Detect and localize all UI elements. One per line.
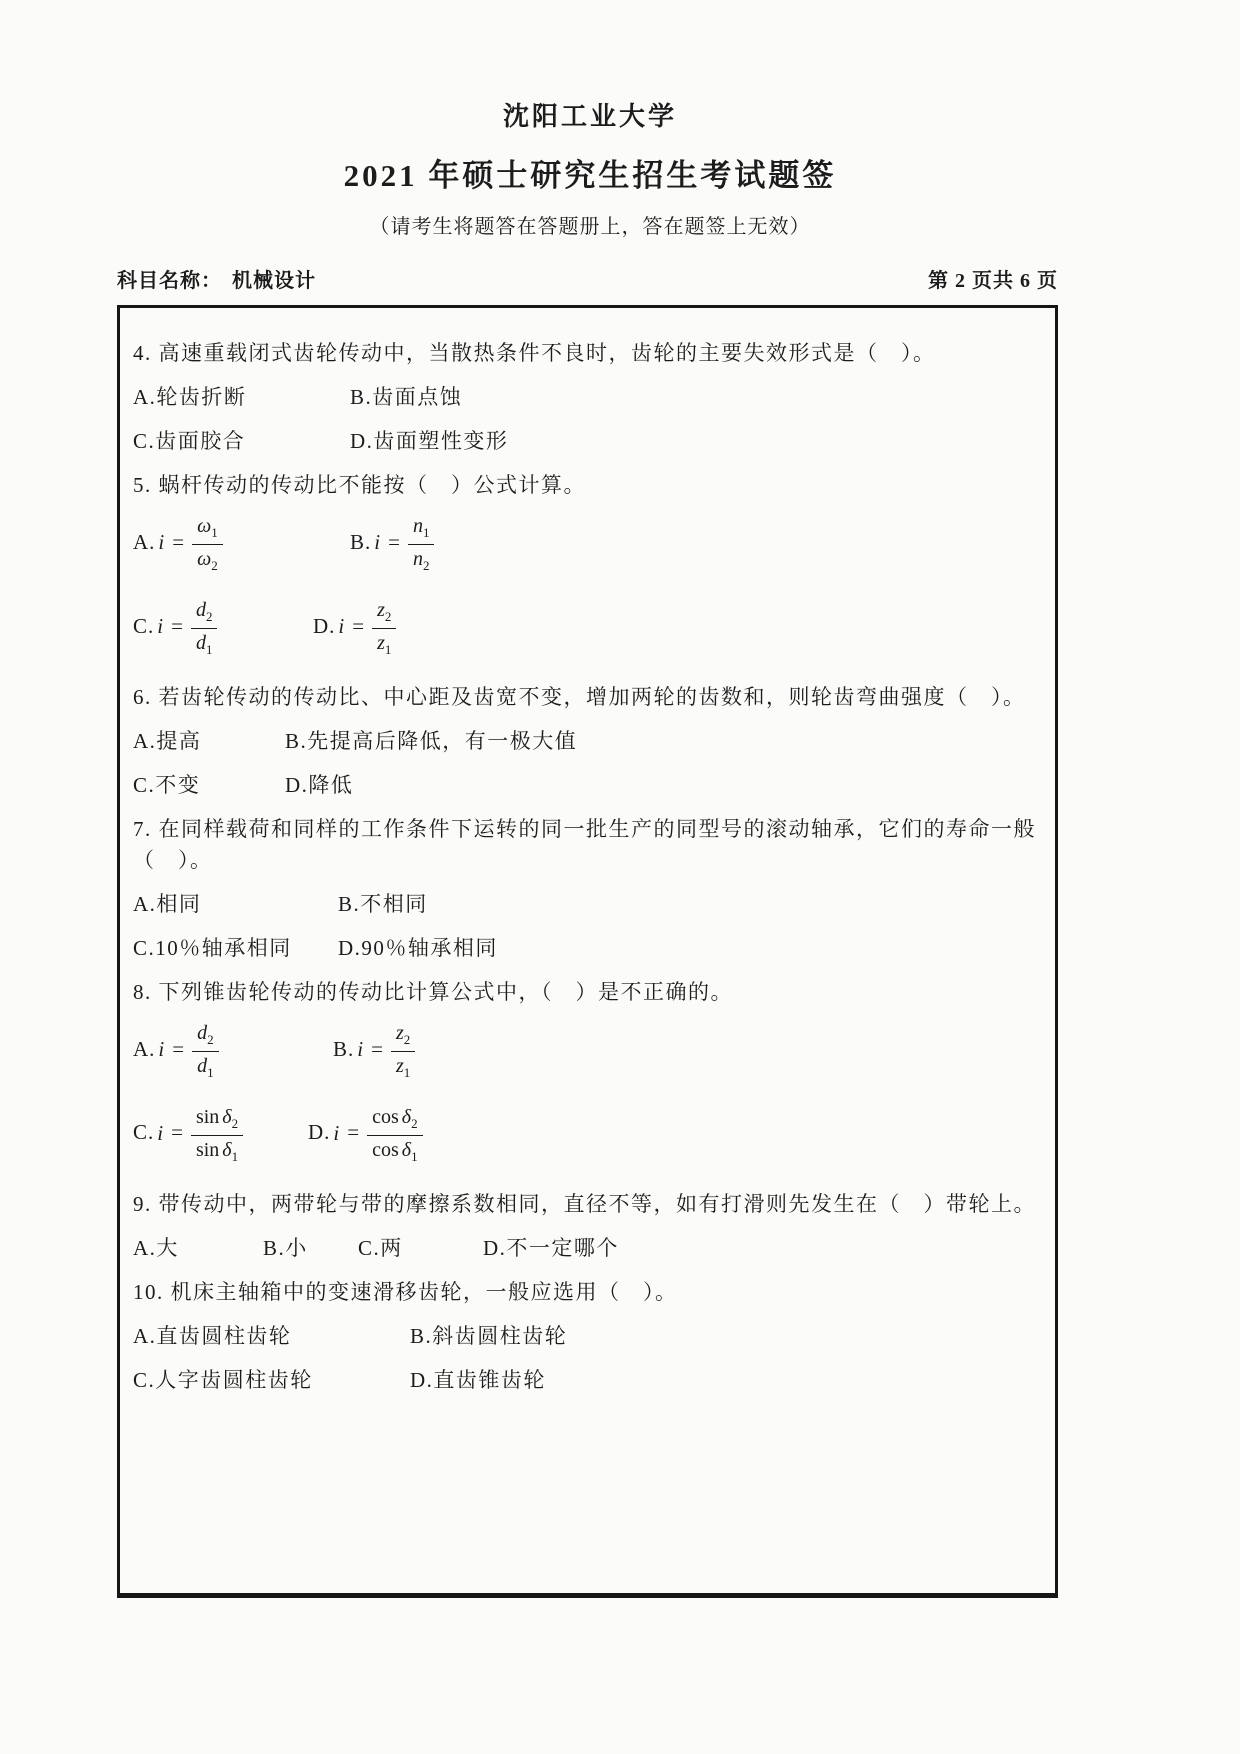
q5-option-c: C.i=d2d1	[133, 598, 313, 658]
subscript: 1	[423, 525, 430, 540]
subject-label: 科目名称：	[117, 270, 222, 292]
q4-option-a: A.轮齿折断	[133, 382, 350, 412]
q8-option-b: B.i=z2z1	[333, 1021, 415, 1081]
equals-sign: =	[388, 530, 401, 554]
q5-option-b: B.i=n1n2	[350, 514, 434, 574]
fraction: d2d1	[191, 598, 218, 658]
q7-options-row-2: C.10％轴承相同 D.90％轴承相同	[133, 933, 1039, 963]
subject-value: 机械设计	[232, 270, 316, 292]
question-4: 4. 高速重载闭式齿轮传动中，当散热条件不良时，齿轮的主要失效形式是（ ）。 A…	[133, 338, 1039, 456]
fraction-numerator: n1	[408, 514, 435, 545]
subscript: 1	[206, 642, 213, 657]
equals-sign: =	[172, 530, 185, 554]
subscript: 1	[411, 1149, 418, 1164]
equals-sign: =	[347, 1120, 360, 1144]
math-var: z	[396, 1022, 404, 1044]
math-var: z	[377, 599, 385, 621]
q5-stem: 5. 蜗杆传动的传动比不能按（ ）公式计算。	[133, 470, 1039, 501]
q8-option-d: D.i=cosδ2cosδ1	[308, 1105, 423, 1165]
q8-options-row-1: A.i=d2d1 B.i=z2z1	[133, 1021, 1039, 1081]
math-var: i	[158, 1037, 165, 1061]
subscript: 2	[404, 1032, 411, 1047]
subscript: 2	[411, 1116, 418, 1131]
equals-sign: =	[171, 614, 184, 638]
math-var: ω	[197, 515, 211, 537]
q4-option-d: D.齿面塑性变形	[350, 426, 508, 456]
fraction-numerator: d2	[192, 1021, 219, 1052]
fraction-denominator: d1	[191, 629, 218, 658]
fraction-numerator: z2	[372, 598, 396, 629]
option-label: A.	[133, 1037, 155, 1061]
fraction: cosδ2cosδ1	[367, 1105, 422, 1165]
math-var: i	[333, 1120, 340, 1144]
math-var: z	[396, 1055, 404, 1077]
math-var: δ	[222, 1106, 231, 1128]
q10-option-a: A.直齿圆柱齿轮	[133, 1321, 410, 1351]
fraction: z2z1	[372, 598, 396, 658]
equals-sign: =	[352, 614, 365, 638]
fraction: z2z1	[391, 1021, 415, 1081]
option-label: B.	[350, 530, 371, 554]
fraction: sinδ2sinδ1	[191, 1105, 243, 1165]
page-indicator: 第 2 页共 6 页	[928, 264, 1058, 293]
math-var: i	[374, 530, 381, 554]
q9-option-a: A.大	[133, 1233, 263, 1263]
q8-option-a: A.i=d2d1	[133, 1021, 333, 1081]
option-label: C.	[133, 1120, 154, 1144]
q7-option-b: B.不相同	[338, 889, 428, 919]
q5-options-row-1: A.i=ω1ω2 B.i=n1n2	[133, 514, 1039, 574]
subscript: 1	[232, 1149, 239, 1164]
q7-option-a: A.相同	[133, 889, 338, 919]
q10-option-d: D.直齿锥齿轮	[410, 1365, 546, 1395]
university-name: 沈阳工业大学	[0, 96, 1180, 133]
subscript: 1	[385, 642, 392, 657]
math-var: i	[357, 1037, 364, 1061]
subscript: 1	[404, 1065, 411, 1080]
subscript: 1	[211, 525, 218, 540]
math-var: z	[377, 632, 385, 654]
option-label: B.	[333, 1037, 354, 1061]
option-label: D.	[308, 1120, 330, 1144]
option-label: A.	[133, 530, 155, 554]
q9-option-b: B.小	[263, 1233, 358, 1263]
q6-option-d: D.降低	[285, 770, 353, 800]
questions-box: 4. 高速重载闭式齿轮传动中，当散热条件不良时，齿轮的主要失效形式是（ ）。 A…	[117, 305, 1058, 1598]
math-var: i	[338, 614, 345, 638]
q7-option-c: C.10％轴承相同	[133, 933, 338, 963]
math-function: sin	[196, 1106, 219, 1128]
q4-options-row-2: C.齿面胶合 D.齿面塑性变形	[133, 426, 1039, 456]
fraction-denominator: z1	[391, 1052, 415, 1081]
exam-notice: （请考生将题答在答题册上，答在题签上无效）	[0, 210, 1180, 239]
fraction-numerator: cosδ2	[367, 1105, 422, 1136]
q5-option-d: D.i=z2z1	[313, 598, 396, 658]
q8-stem: 8. 下列锥齿轮传动的传动比计算公式中，（ ）是不正确的。	[133, 977, 1039, 1008]
equals-sign: =	[371, 1037, 384, 1061]
q5-option-a: A.i=ω1ω2	[133, 514, 350, 574]
q4-options-row-1: A.轮齿折断 B.齿面点蚀	[133, 382, 1039, 412]
q4-option-c: C.齿面胶合	[133, 426, 350, 456]
math-var: δ	[402, 1139, 411, 1161]
q9-stem: 9. 带传动中，两带轮与带的摩擦系数相同，直径不等，如有打滑则先发生在（ ）带轮…	[133, 1189, 1039, 1220]
math-var: d	[197, 1022, 207, 1044]
subscript: 2	[423, 558, 430, 573]
math-var: n	[413, 548, 423, 570]
q6-options-row-1: A.提高 B.先提高后降低，有一极大值	[133, 726, 1039, 756]
question-9: 9. 带传动中，两带轮与带的摩擦系数相同，直径不等，如有打滑则先发生在（ ）带轮…	[133, 1189, 1039, 1263]
equals-sign: =	[171, 1120, 184, 1144]
math-var: δ	[222, 1139, 231, 1161]
math-var: δ	[402, 1106, 411, 1128]
q10-option-b: B.斜齿圆柱齿轮	[410, 1321, 567, 1351]
q4-option-b: B.齿面点蚀	[350, 382, 462, 412]
math-var: i	[157, 1120, 164, 1144]
fraction-numerator: d2	[191, 598, 218, 629]
subject-line: 科目名称：机械设计	[117, 264, 316, 293]
fraction-denominator: n2	[408, 545, 435, 574]
math-function: cos	[372, 1106, 399, 1128]
fraction-numerator: ω1	[192, 514, 223, 545]
q10-options-row-2: C.人字齿圆柱齿轮 D.直齿锥齿轮	[133, 1365, 1039, 1395]
fraction-denominator: sinδ1	[191, 1136, 243, 1165]
subscript: 1	[207, 1065, 214, 1080]
q7-stem: 7. 在同样载荷和同样的工作条件下运转的同一批生产的同型号的滚动轴承，它们的寿命…	[133, 814, 1039, 876]
math-var: i	[158, 530, 165, 554]
fraction-denominator: ω2	[192, 545, 223, 574]
math-var: i	[157, 614, 164, 638]
fraction-denominator: z1	[372, 629, 396, 658]
q7-option-d: D.90％轴承相同	[338, 933, 498, 963]
question-8: 8. 下列锥齿轮传动的传动比计算公式中，（ ）是不正确的。 A.i=d2d1 B…	[133, 977, 1039, 1165]
option-label: C.	[133, 614, 154, 638]
q5-options-row-2: C.i=d2d1 D.i=z2z1	[133, 598, 1039, 658]
question-7: 7. 在同样载荷和同样的工作条件下运转的同一批生产的同型号的滚动轴承，它们的寿命…	[133, 814, 1039, 963]
question-6: 6. 若齿轮传动的传动比、中心距及齿宽不变，增加两轮的齿数和，则轮齿弯曲强度（ …	[133, 682, 1039, 800]
math-function: sin	[196, 1139, 219, 1161]
fraction-numerator: sinδ2	[191, 1105, 243, 1136]
option-label: D.	[313, 614, 335, 638]
q4-stem: 4. 高速重载闭式齿轮传动中，当散热条件不良时，齿轮的主要失效形式是（ ）。	[133, 338, 1039, 369]
math-var: d	[196, 599, 206, 621]
math-var: d	[197, 1055, 207, 1077]
q6-options-row-2: C.不变 D.降低	[133, 770, 1039, 800]
q6-option-a: A.提高	[133, 726, 285, 756]
fraction-denominator: d1	[192, 1052, 219, 1081]
fraction: ω1ω2	[192, 514, 223, 574]
q6-stem: 6. 若齿轮传动的传动比、中心距及齿宽不变，增加两轮的齿数和，则轮齿弯曲强度（ …	[133, 682, 1039, 713]
q9-options-row: A.大 B.小 C.两 D.不一定哪个	[133, 1233, 1039, 1263]
subscript: 2	[385, 609, 392, 624]
q8-options-row-2: C.i=sinδ2sinδ1 D.i=cosδ2cosδ1	[133, 1105, 1039, 1165]
fraction-numerator: z2	[391, 1021, 415, 1052]
math-var: d	[196, 632, 206, 654]
subscript: 2	[206, 609, 213, 624]
q10-option-c: C.人字齿圆柱齿轮	[133, 1365, 410, 1395]
question-5: 5. 蜗杆传动的传动比不能按（ ）公式计算。 A.i=ω1ω2 B.i=n1n2…	[133, 470, 1039, 658]
fraction: n1n2	[408, 514, 435, 574]
question-10: 10. 机床主轴箱中的变速滑移齿轮，一般应选用（ ）。 A.直齿圆柱齿轮 B.斜…	[133, 1277, 1039, 1395]
q10-stem: 10. 机床主轴箱中的变速滑移齿轮，一般应选用（ ）。	[133, 1277, 1039, 1308]
q9-option-c: C.两	[358, 1233, 483, 1263]
fraction: d2d1	[192, 1021, 219, 1081]
q10-options-row-1: A.直齿圆柱齿轮 B.斜齿圆柱齿轮	[133, 1321, 1039, 1351]
math-var: ω	[197, 548, 211, 570]
q9-option-d: D.不一定哪个	[483, 1233, 619, 1263]
q8-option-c: C.i=sinδ2sinδ1	[133, 1105, 308, 1165]
exam-title: 2021 年硕士研究生招生考试题签	[0, 150, 1180, 195]
q6-option-b: B.先提高后降低，有一极大值	[285, 726, 577, 756]
subscript: 2	[207, 1032, 214, 1047]
fraction-denominator: cosδ1	[367, 1136, 422, 1165]
subscript: 2	[211, 558, 218, 573]
q7-options-row-1: A.相同 B.不相同	[133, 889, 1039, 919]
q6-option-c: C.不变	[133, 770, 285, 800]
equals-sign: =	[172, 1037, 185, 1061]
subscript: 2	[232, 1116, 239, 1131]
math-var: n	[413, 515, 423, 537]
math-function: cos	[372, 1139, 399, 1161]
meta-row: 科目名称：机械设计 第 2 页共 6 页	[117, 264, 1058, 293]
